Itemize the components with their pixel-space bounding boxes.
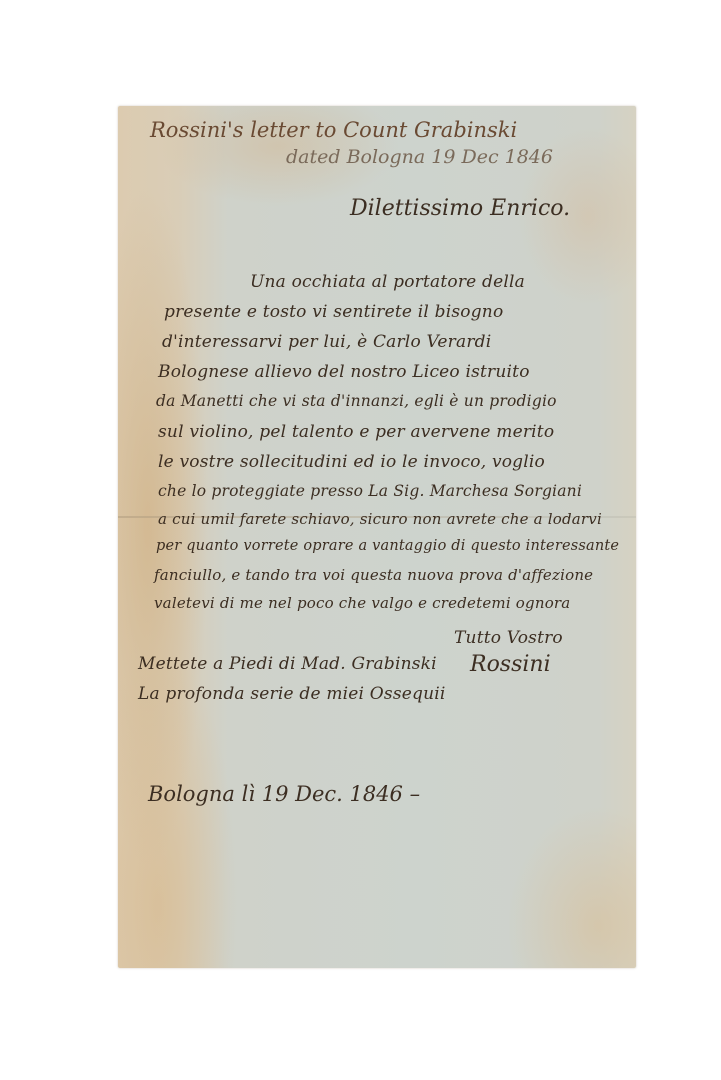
body-line: sul violino, pel talento e per avervene … [158,422,554,442]
body-line: le vostre sollecitudini ed io le invoco,… [158,452,545,472]
signature: Rossini [470,652,551,677]
letter-paper: Rossini's letter to Count Grabinski date… [118,106,636,968]
body-line: valetevi di me nel poco che valgo e cred… [154,594,570,612]
body-line: Una occhiata al portatore della [250,272,525,292]
salutation: Dilettissimo Enrico. [350,196,570,221]
body-line: da Manetti che vi sta d'innanzi, egli è … [156,392,557,410]
body-line: che lo proteggiate presso La Sig. Marche… [158,482,582,500]
postscript-line-1: Mettete a Piedi di Mad. Grabinski [138,654,437,674]
body-line: per quanto vorrete oprare a vantaggio di… [156,538,619,554]
annotation-line-1: Rossini's letter to Count Grabinski [150,118,517,142]
body-line: fanciullo, e tando tra voi questa nuova … [154,566,593,584]
body-line: presente e tosto vi sentirete il bisogno [164,302,503,322]
annotation-line-2: dated Bologna 19 Dec 1846 [286,146,553,168]
body-line: Bolognese allievo del nostro Liceo istru… [158,362,530,382]
body-line: a cui umil farete schiavo, sicuro non av… [158,510,602,528]
postscript-line-2: La profonda serie de miei Ossequii [138,684,446,704]
closing: Tutto Vostro [454,628,563,648]
body-line: d'interessarvi per lui, è Carlo Verardi [162,332,491,352]
dateline: Bologna lì 19 Dec. 1846 – [148,782,420,806]
